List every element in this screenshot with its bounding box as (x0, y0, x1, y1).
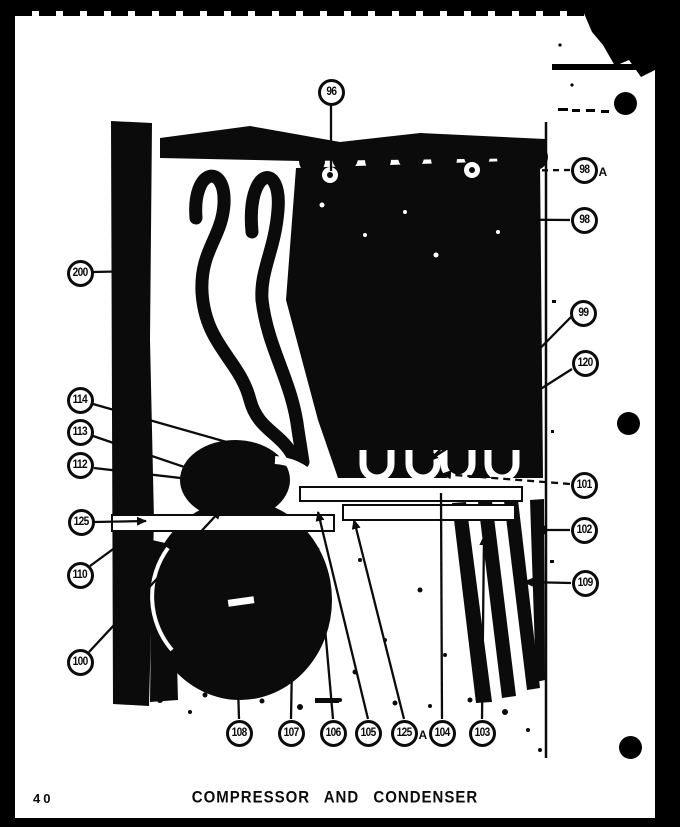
callout-98: 98 (571, 207, 598, 234)
callout-106-label: 106 (326, 727, 341, 740)
serpentine-tubing (196, 176, 303, 462)
callout-125A: 125A (391, 720, 418, 747)
callout-112-label: 112 (73, 459, 87, 472)
leader-200 (93, 271, 141, 272)
callout-96: 96 (318, 79, 345, 106)
callout-110: 110 (67, 562, 94, 589)
callout-106: 106 (320, 720, 347, 747)
callout-98A-suffix: A (599, 165, 608, 179)
callout-112: 112 (67, 452, 94, 479)
callout-120-label: 120 (578, 357, 593, 370)
callout-104-label: 104 (435, 727, 450, 740)
callout-98-label: 98 (579, 214, 589, 227)
callout-109: 109 (572, 570, 599, 597)
callout-98A: 98A (571, 157, 598, 184)
cabinet-left-frame (111, 121, 154, 706)
callout-105-label: 105 (361, 727, 376, 740)
callout-113-label: 113 (73, 426, 87, 439)
callout-99-label: 99 (578, 307, 588, 320)
callout-109-label: 109 (578, 577, 593, 590)
figure-title: COMPRESSOR AND CONDENSER (15, 788, 655, 806)
leader-109 (524, 582, 571, 583)
callout-100-label: 100 (73, 656, 88, 669)
leader-104 (441, 493, 442, 719)
callout-114: 114 (67, 387, 94, 414)
leader-125 (94, 521, 146, 522)
callout-105: 105 (355, 720, 382, 747)
callout-125A-label: 125 (397, 727, 412, 740)
condenser-coil (286, 143, 548, 478)
callout-102: 102 (571, 517, 598, 544)
callout-107-label: 107 (284, 727, 299, 740)
photo-artwork (111, 121, 556, 758)
figure-compressor-condenser-photo (0, 0, 680, 827)
scan-corner-artifact (552, 11, 655, 113)
callout-99: 99 (570, 300, 597, 327)
condenser-fins (452, 499, 545, 703)
callout-102-label: 102 (577, 524, 592, 537)
callout-100: 100 (67, 649, 94, 676)
callout-96-label: 96 (326, 86, 336, 99)
callout-108-label: 108 (232, 727, 247, 740)
callout-200: 200 (67, 260, 94, 287)
callout-103-label: 103 (475, 727, 490, 740)
callout-110-label: 110 (73, 569, 87, 582)
callout-103: 103 (469, 720, 496, 747)
callout-101: 101 (571, 472, 598, 499)
callout-114-label: 114 (73, 394, 87, 407)
scanned-manual-page: { "page": { "number": "40", "title": "CO… (0, 0, 680, 827)
callout-125A-suffix: A (419, 728, 428, 742)
callout-107: 107 (278, 720, 305, 747)
callout-104: 104 (429, 720, 456, 747)
callout-125: 125 (68, 509, 95, 536)
leader-98 (433, 219, 570, 220)
callout-120: 120 (572, 350, 599, 377)
callout-200-label: 200 (73, 267, 88, 280)
callout-125-label: 125 (74, 516, 89, 529)
callout-113: 113 (67, 419, 94, 446)
callout-108: 108 (226, 720, 253, 747)
callout-101-label: 101 (577, 479, 592, 492)
callout-98A-label: 98 (579, 164, 589, 177)
